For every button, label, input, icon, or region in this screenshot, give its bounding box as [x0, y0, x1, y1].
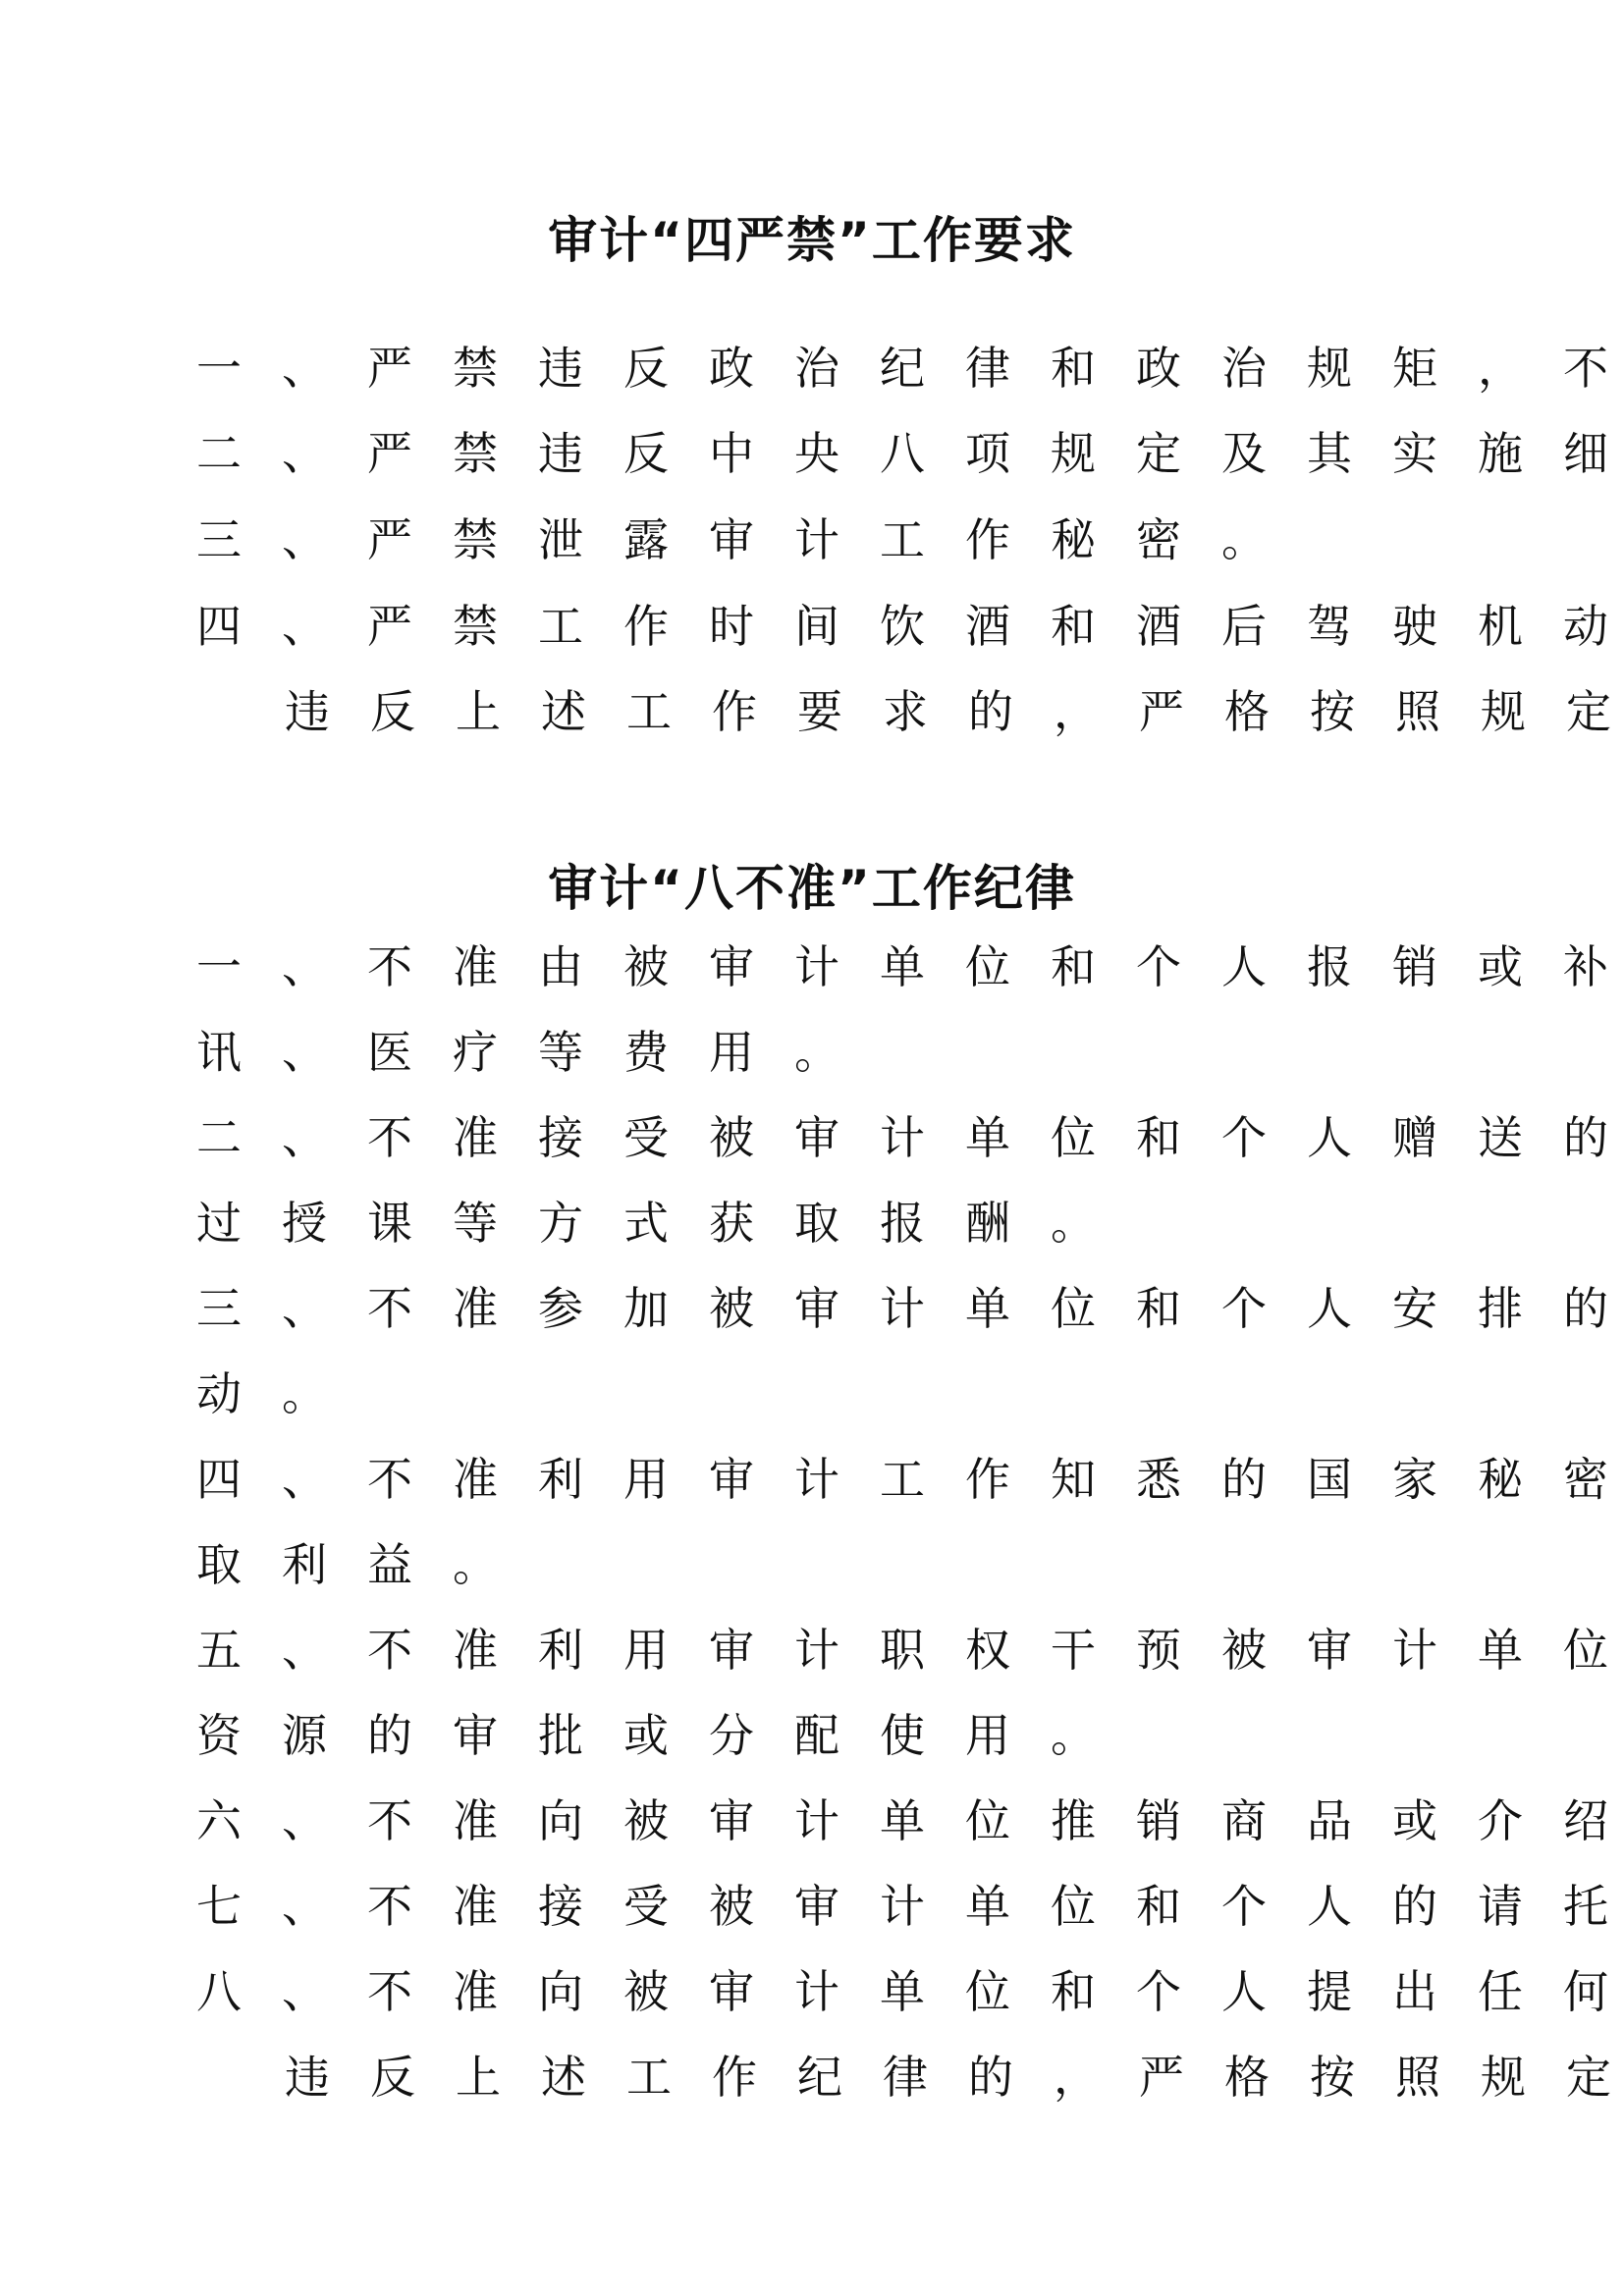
- rule-line: 一、不准由被审计单位和个人报销或补贴住宿、餐饮、交通、通: [196, 937, 1624, 996]
- section-title: 审计“八不准”工作纪律: [0, 849, 1624, 920]
- rule-item: 二、严禁违反中央八项规定及其实施细则精神。: [196, 424, 1624, 483]
- rule-line: 八、不准向被审计单位和个人提出任何与审计工作无关的要求。: [196, 1962, 1624, 2021]
- closing-statement: 违反上述工作纪律的，严格按照规定追究责任。: [285, 2048, 1624, 2107]
- rule-item: 三、严禁泄露审计工作秘密。: [196, 510, 1307, 569]
- rule-line: 二、不准接受被审计单位和个人赠送的礼品礼金，或未经批准通: [196, 1108, 1624, 1167]
- rule-line: 资源的审批或分配使用。: [196, 1706, 1136, 1765]
- rule-item: 四、严禁工作时间饮酒和酒后驾驶机动车。: [196, 597, 1624, 656]
- rule-line: 动。: [196, 1364, 367, 1423]
- rule-item: 一、严禁违反政治纪律和政治规矩，不严格执行请示报告制度。: [196, 339, 1624, 398]
- rule-line: 六、不准向被审计单位推销商品或介绍业务。: [196, 1791, 1624, 1850]
- rule-line: 取利益。: [196, 1535, 538, 1594]
- rule-line: 五、不准利用审计职权干预被审计单位依法管理的资金、资产、: [196, 1621, 1624, 1680]
- closing-statement: 违反上述工作要求的，严格按照规定追究责任。: [285, 682, 1624, 741]
- rule-line: 三、不准参加被审计单位和个人安排的宴请、娱乐、旅游等活: [196, 1279, 1624, 1338]
- rule-line: 过授课等方式获取报酬。: [196, 1194, 1136, 1253]
- rule-line: 讯、医疗等费用。: [196, 1023, 880, 1082]
- section-title: 审计“四严禁”工作要求: [0, 201, 1624, 272]
- rule-line: 四、不准利用审计工作知悉的国家秘密、商业秘密和内部信息谋: [196, 1450, 1624, 1509]
- rule-line: 七、不准接受被审计单位和个人的请托干预审计工作。: [196, 1877, 1624, 1936]
